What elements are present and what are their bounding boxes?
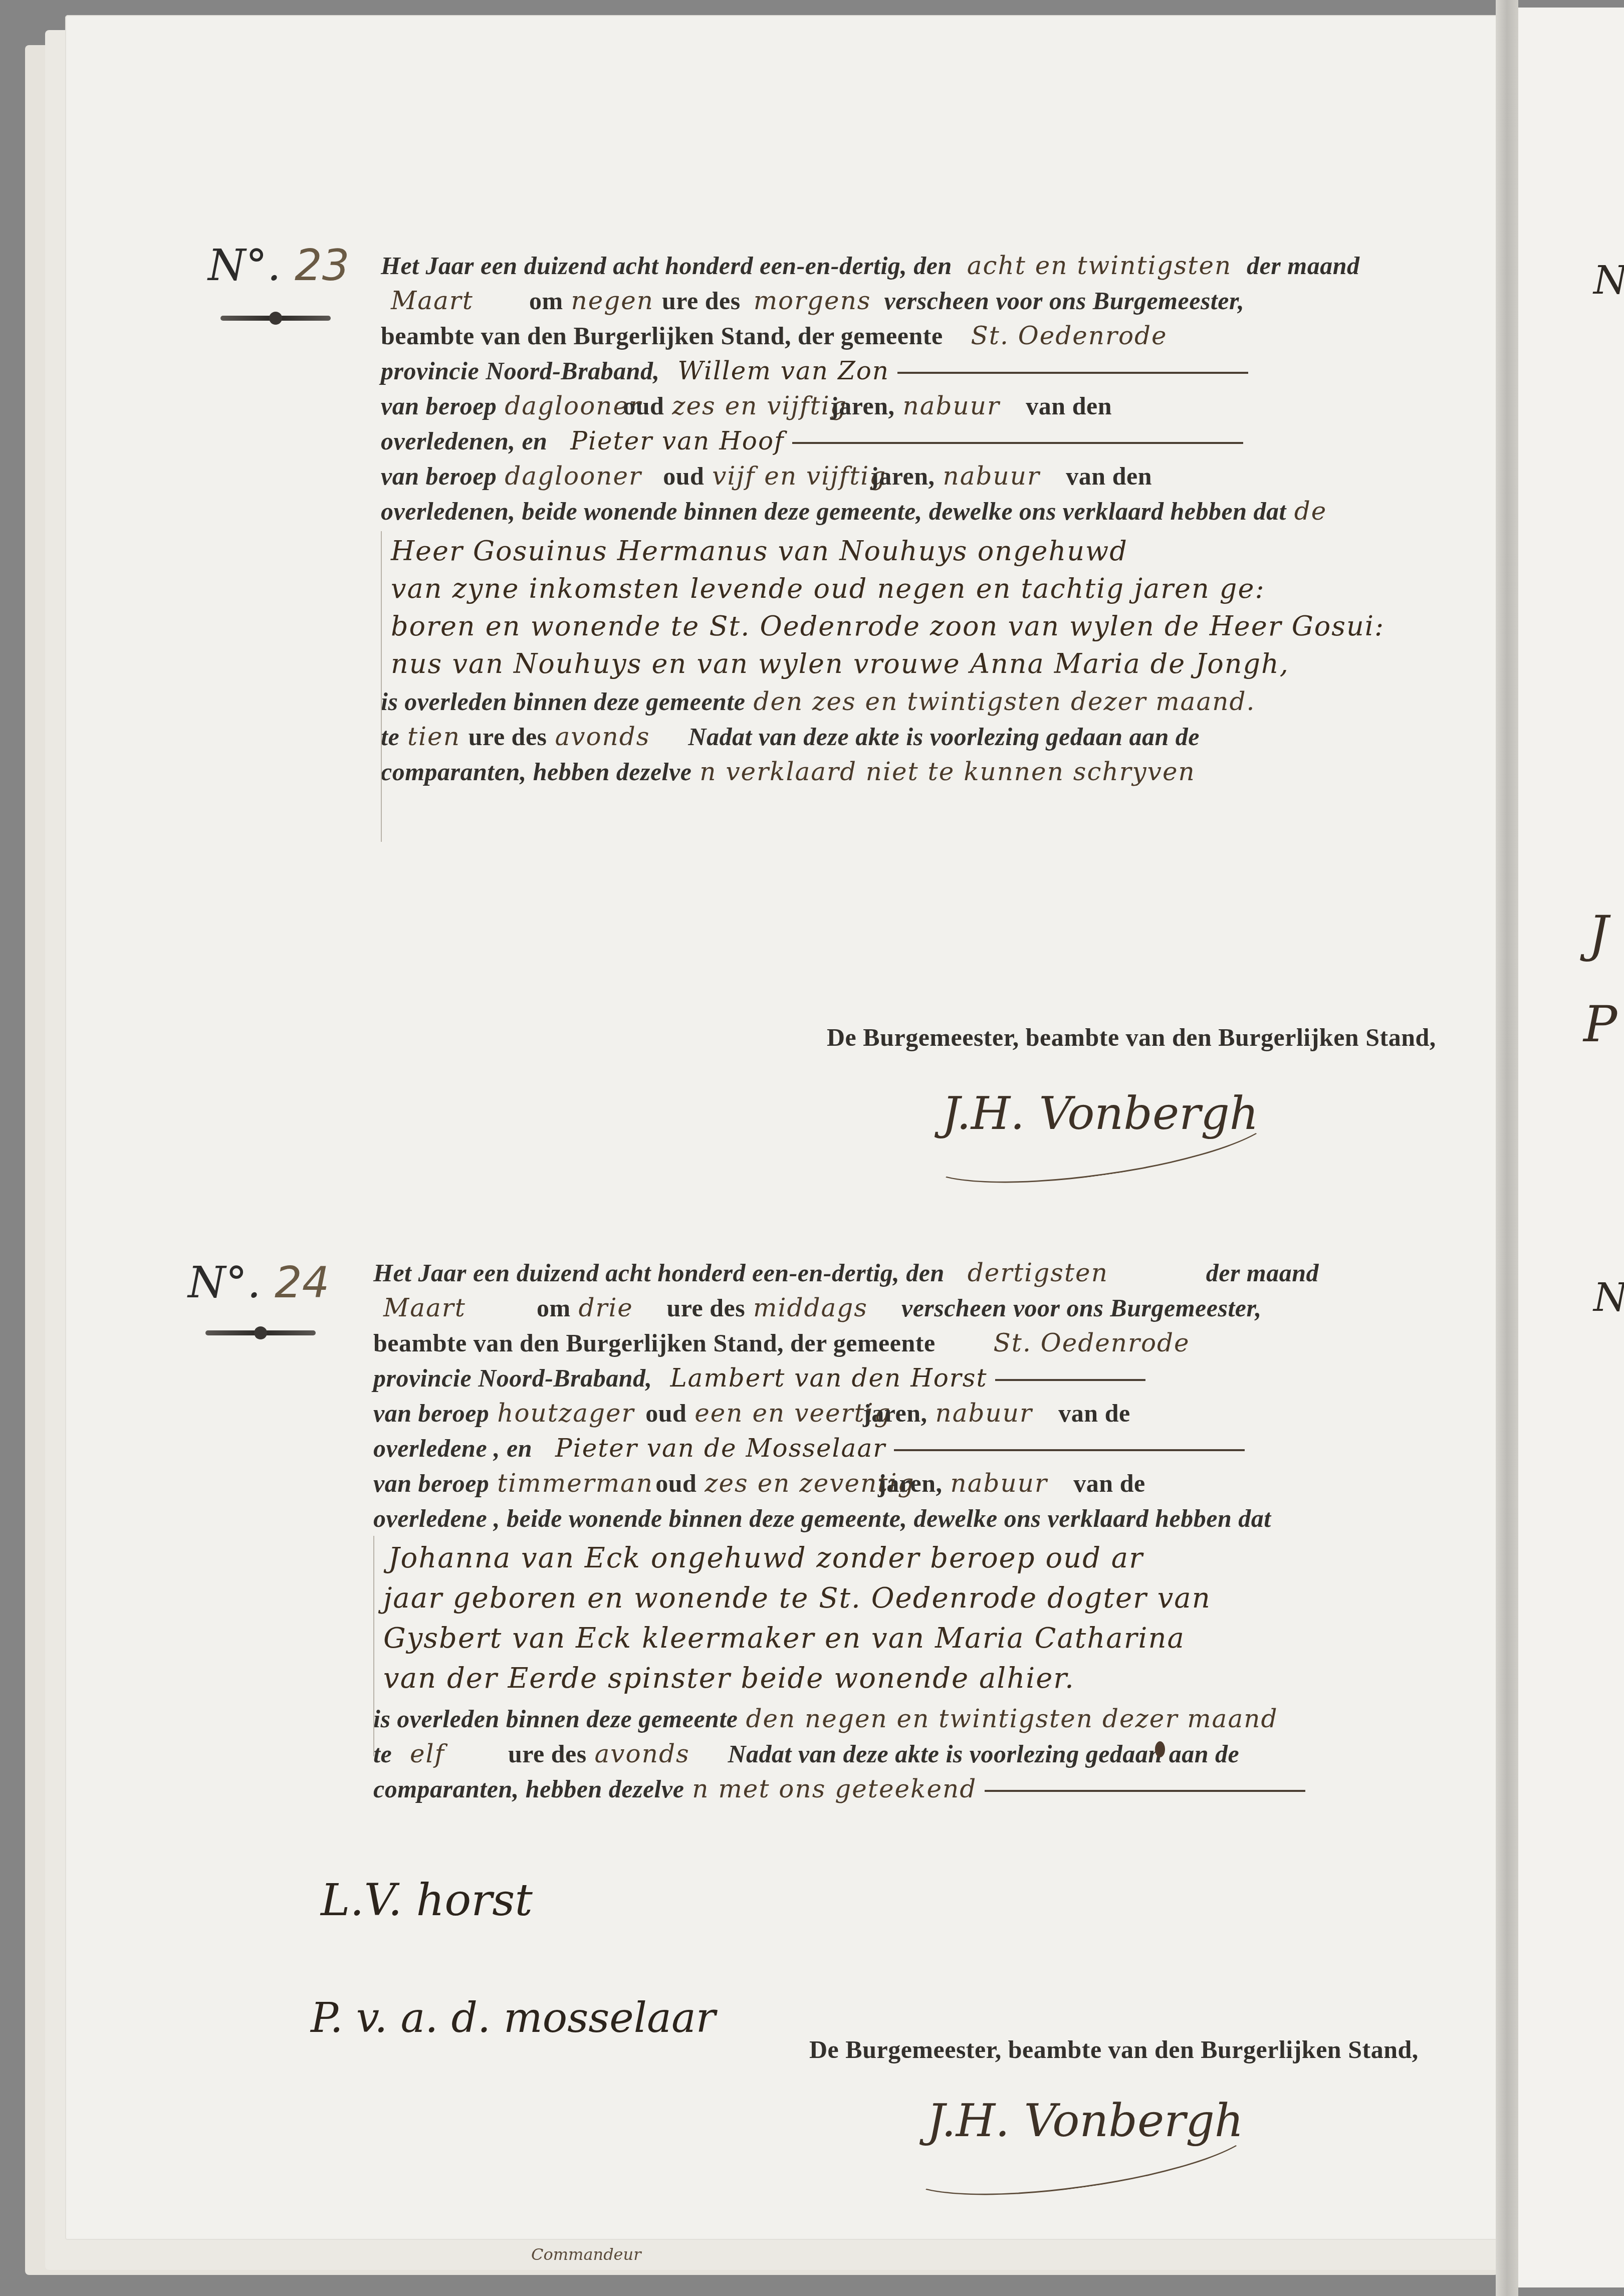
adjacent-entry-mark: N bbox=[1593, 258, 1624, 303]
witness-2-occupation: daglooner bbox=[505, 461, 655, 491]
handwritten-day: dertigsten bbox=[968, 1258, 1198, 1288]
adjacent-fragment: J bbox=[1588, 904, 1608, 963]
ink-blot bbox=[1155, 1741, 1165, 1757]
handwritten-time-of-day: middags bbox=[753, 1293, 893, 1323]
entry-number: N°. 24 bbox=[188, 1258, 329, 1308]
record-line: beambte van den Burgerlijken Stand, der … bbox=[373, 1328, 1190, 1358]
record-line: overledene , en Pieter van de Mosselaar bbox=[373, 1433, 1245, 1463]
deceased-description-line: Heer Gosuinus Hermanus van Nouhuys ongeh… bbox=[391, 536, 1128, 566]
deceased-description-line: boren en wonende te St. Oedenrode zoon v… bbox=[391, 611, 1384, 641]
handwritten-hour-of-death: elf bbox=[410, 1739, 500, 1769]
mayor-closing-text: De Burgemeester, beambte van den Burgerl… bbox=[809, 2034, 1419, 2064]
handwritten-date-of-death: den negen en twintigsten dezer maand bbox=[746, 1704, 1278, 1733]
handwritten-hour: drie bbox=[578, 1293, 658, 1323]
handwritten-hour-of-death: tien bbox=[407, 722, 460, 751]
witness-1-occupation: houtzager bbox=[497, 1398, 637, 1428]
margin-rule bbox=[381, 531, 382, 842]
witness-2-name: Pieter van de Mosselaar bbox=[555, 1434, 886, 1463]
record-line: van beroep timmerman oud zes en zeventig… bbox=[373, 1468, 1145, 1498]
record-line: overledene , beide wonende binnen deze g… bbox=[373, 1503, 1271, 1533]
deceased-description-line: van zyne inkomsten levende oud negen en … bbox=[391, 574, 1265, 604]
deceased-description-line: van der Eerde spinster beide wonende alh… bbox=[383, 1664, 1075, 1694]
witness-1-age: een en veertig bbox=[694, 1398, 855, 1428]
fill-line bbox=[894, 1449, 1245, 1451]
witness-1-name: Lambert van den Horst bbox=[670, 1363, 987, 1393]
witness-1-age: zes en vijftig bbox=[672, 391, 822, 421]
record-line: provincie Noord-Braband, Lambert van den… bbox=[373, 1363, 1145, 1393]
handwritten-municipality: St. Oedenrode bbox=[994, 1328, 1190, 1357]
record-line: is overleden binnen deze gemeente den ne… bbox=[373, 1704, 1278, 1734]
deceased-description-line: nus van Nouhuys en van wylen vrouwe Anna… bbox=[391, 649, 1289, 679]
handwritten-time-of-day: morgens bbox=[754, 286, 871, 315]
handwritten-day: acht en twintigsten bbox=[967, 251, 1232, 280]
footer-note: Commandeur bbox=[531, 2245, 641, 2264]
adjacent-fragment: P bbox=[1583, 995, 1617, 1053]
record-line: is overleden binnen deze gemeente den ze… bbox=[381, 686, 1255, 717]
record-line: te elf ure des avonds Nadat van deze akt… bbox=[373, 1739, 1239, 1769]
entry-number-value: 24 bbox=[275, 1258, 329, 1308]
deceased-description-line: Johanna van Eck ongehuwd zonder beroep o… bbox=[388, 1543, 1143, 1573]
witness-2-age: vijf en vijftig bbox=[712, 461, 862, 491]
entry-number-value: 23 bbox=[295, 241, 349, 291]
witness-1-name: Willem van Zon bbox=[677, 356, 889, 385]
record-line: Het Jaar een duizend acht honderd een-en… bbox=[381, 251, 1359, 281]
entry-number-prefix: N°. bbox=[188, 1258, 261, 1308]
handwritten-time-of-death: avonds bbox=[595, 1739, 720, 1769]
book-spine bbox=[1496, 0, 1518, 2296]
handwritten-declaration: n met ons geteekend bbox=[692, 1774, 977, 1803]
witness-2-signature: P. v. a. d. mosselaar bbox=[311, 1994, 716, 2042]
ornament-divider-icon bbox=[220, 316, 331, 321]
fill-line bbox=[792, 442, 1243, 444]
witness-1-relation: nabuur bbox=[935, 1398, 1050, 1428]
fill-line bbox=[995, 1379, 1145, 1381]
record-line: van beroep daglooner oud zes en vijftig … bbox=[381, 391, 1112, 421]
record-line: provincie Noord-Braband, Willem van Zon bbox=[381, 356, 1248, 386]
handwritten-month: Maart bbox=[391, 286, 521, 316]
witness-2-age: zes en zeventig bbox=[705, 1468, 870, 1498]
witness-2-relation: nabuur bbox=[950, 1468, 1065, 1498]
fill-line bbox=[985, 1790, 1305, 1792]
margin-rule bbox=[373, 1536, 374, 1756]
handwritten-municipality: St. Oedenrode bbox=[971, 321, 1168, 350]
handwritten-date-of-death: den zes en twintigsten dezer maand. bbox=[753, 687, 1255, 716]
mayor-closing-text: De Burgemeester, beambte van den Burgerl… bbox=[827, 1022, 1436, 1052]
record-line: van beroep daglooner oud vijf en vijftig… bbox=[381, 461, 1152, 491]
record-line: beambte van den Burgerlijken Stand, der … bbox=[381, 321, 1168, 351]
handwritten-declaration: n verklaard niet te kunnen schryven bbox=[700, 757, 1196, 786]
witness-1-relation: nabuur bbox=[902, 391, 1018, 421]
adjacent-entry-mark: N bbox=[1593, 1275, 1624, 1320]
fill-line bbox=[897, 372, 1248, 374]
entry-number: N°. 23 bbox=[208, 241, 349, 291]
record-line: comparanten, hebben dezelve n met ons ge… bbox=[373, 1774, 1305, 1804]
witness-2-relation: nabuur bbox=[943, 461, 1058, 491]
entry-number-prefix: N°. bbox=[208, 241, 281, 291]
record-line: overledenen, beide wonende binnen deze g… bbox=[381, 496, 1327, 526]
handwritten-time-of-death: avonds bbox=[555, 722, 680, 752]
record-line: Het Jaar een duizend acht honderd een-en… bbox=[373, 1258, 1319, 1288]
record-line: comparanten, hebben dezelve n verklaard … bbox=[381, 757, 1196, 787]
witness-1-signature: L.V. horst bbox=[321, 1874, 533, 1926]
record-line: Maart om negen ure des morgens verscheen… bbox=[381, 286, 1244, 316]
deceased-description-line: Gysbert van Eck kleermaker en van Maria … bbox=[383, 1624, 1185, 1654]
ornament-divider-icon bbox=[205, 1330, 316, 1335]
record-line: overledenen, en Pieter van Hoof bbox=[381, 426, 1243, 456]
handwritten-month: Maart bbox=[383, 1293, 529, 1323]
record-line: van beroep houtzager oud een en veertig … bbox=[373, 1398, 1130, 1428]
witness-2-name: Pieter van Hoof bbox=[570, 426, 784, 455]
record-line: te tien ure des avonds Nadat van deze ak… bbox=[381, 722, 1200, 752]
witness-2-occupation: timmerman bbox=[497, 1468, 647, 1498]
adjacent-page: N N J P bbox=[1518, 8, 1624, 2287]
handwritten-hour: negen bbox=[571, 286, 654, 315]
deceased-description-line: jaar geboren en wonende te St. Oedenrode… bbox=[383, 1583, 1211, 1614]
record-line: Maart om drie ure des middags verscheen … bbox=[373, 1293, 1262, 1323]
witness-1-occupation: daglooner bbox=[505, 391, 615, 421]
